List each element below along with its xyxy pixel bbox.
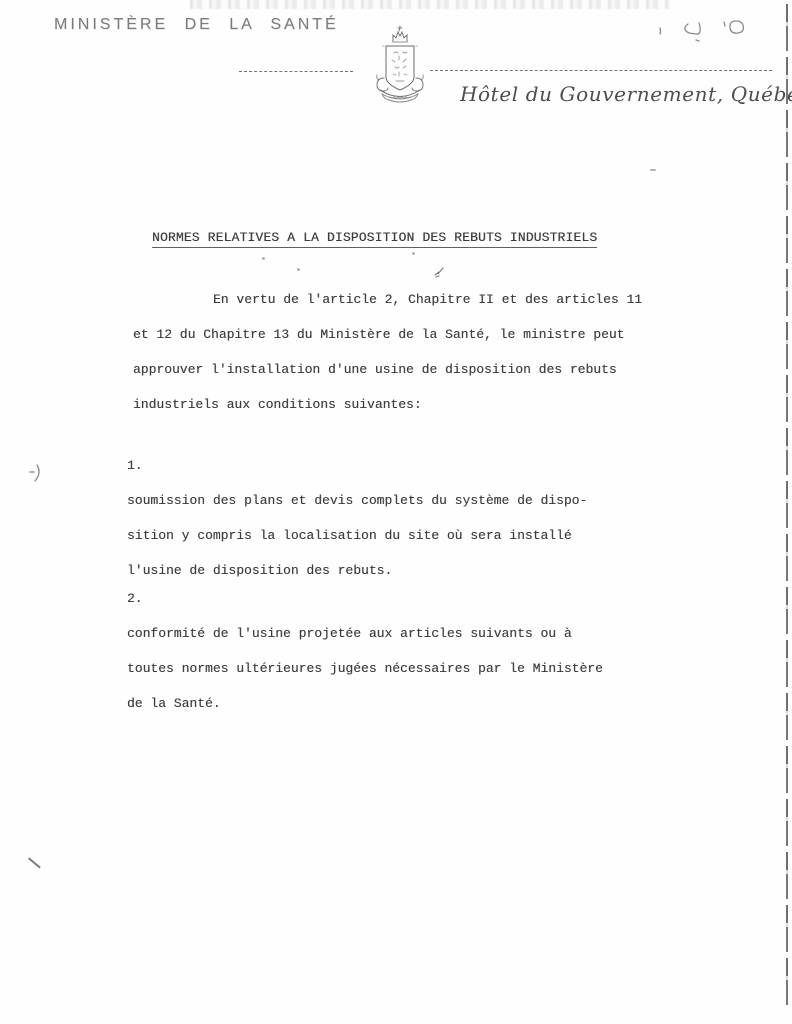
item-line: sition y compris la localisation du site… xyxy=(127,518,687,553)
item-number: 1. xyxy=(127,448,143,483)
item-number: 2. xyxy=(127,581,143,616)
letterhead-ministry-title: MINISTÈRE DE LA SANTÉ xyxy=(54,16,339,34)
handwritten-marks-top-right xyxy=(652,14,752,48)
item-line: conformité de l'usine projetée aux artic… xyxy=(127,616,687,651)
scan-speck xyxy=(262,257,265,260)
paragraph-line: et 12 du Chapitre 13 du Ministère de la … xyxy=(133,317,673,352)
paragraph-line: approuver l'installation d'une usine de … xyxy=(133,352,673,387)
document-title: NORMES RELATIVES A LA DISPOSITION DES RE… xyxy=(152,230,597,248)
letterhead-address-script: Hôtel du Gouvernement, Québec xyxy=(460,82,752,106)
opening-paragraph: En vertu de l'article 2, Chapitre II et … xyxy=(133,282,673,422)
paragraph-line: industriels aux conditions suivantes: xyxy=(133,387,673,422)
margin-mark xyxy=(28,462,44,484)
scan-speck xyxy=(297,268,300,271)
margin-slash-mark xyxy=(28,857,41,868)
paragraph-line: En vertu de l'article 2, Chapitre II et … xyxy=(213,282,673,317)
item-line: de la Santé. xyxy=(127,686,687,721)
letterhead-rule-right xyxy=(430,70,772,71)
scan-scratch-mark xyxy=(432,264,448,280)
condition-item-1: 1. soumission des plans et devis complet… xyxy=(127,448,687,588)
item-line: soumission des plans et devis complets d… xyxy=(127,483,687,518)
condition-item-2: 2. conformité de l'usine projetée aux ar… xyxy=(127,581,687,721)
item-line: toutes normes ultérieures jugées nécessa… xyxy=(127,651,687,686)
scan-noise-band xyxy=(190,0,670,9)
scan-speck xyxy=(650,169,656,171)
scan-speck xyxy=(412,252,415,255)
letterhead-rule-left xyxy=(239,71,353,72)
quebec-coat-of-arms-icon xyxy=(350,22,450,104)
page-edge-scan-artifact xyxy=(786,4,788,1006)
